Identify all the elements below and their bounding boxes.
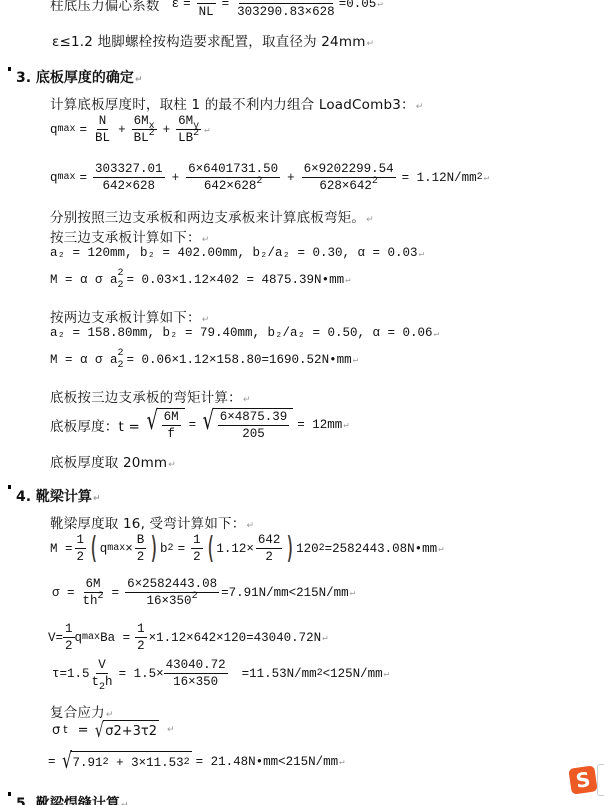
governing-note: 底板按三边支承板的弯矩计算：↵ [50,386,251,406]
fraction-half: 12 [75,533,87,565]
fraction-n-bl: N BL [93,114,112,146]
heading-bullet-icon [8,485,11,489]
paragraph-mark-icon: ↵ [345,275,350,285]
paragraph-mark-icon: ↵ [350,588,355,598]
three-edge-title: 按三边支承板计算如下：↵ [50,226,209,246]
paragraph-mark-icon: ↵ [353,355,358,365]
paragraph-mark-icon: ↵ [204,125,209,135]
section-3-heading: 3. 底板厚度的确定↵ [16,67,142,87]
three-edge-moment: M = α σ a 22 = 0.03×1.12×402 = 4875.39N•… [50,268,351,292]
fraction-half: 12 [135,622,147,654]
qmax-result: = 1.12N/mm [402,171,477,185]
paragraph-mark-icon: ↵ [416,102,424,112]
fraction-642-2: 6422 [256,533,283,565]
paragraph-mark-icon: ↵ [367,39,375,49]
sqrt-combined-numeric: √7.912 + 3×11.532 [60,751,192,773]
paragraph-mark-icon: ↵ [106,710,114,720]
section-5-heading: 5. 靴梁焊缝计算↵ [16,793,128,805]
eccentricity-result: =0.05 [339,0,377,11]
anchor-bolt-note: ε≤1.2 地脚螺栓按构造要求配置，取直径为 24mm↵ [52,30,374,50]
paragraph-mark-icon: ↵ [339,757,344,767]
paragraph-mark-icon: ↵ [167,725,175,735]
fraction-b-2: B2 [135,533,147,565]
fraction-half: 12 [191,533,203,565]
fraction-v-t2h: Vt2h [90,658,115,690]
eccentricity-line: 柱底压力偏心系数 ε = 6M NL = 6×9133111.29 303290… [50,0,383,20]
combined-stress-numeric: = √7.912 + 3×11.532 = 21.48N•mm<215N/mm … [48,751,345,773]
paragraph-mark-icon: ↵ [343,420,348,430]
fraction-qmax-term2: 6×6401731.50 642×6282 [186,162,280,194]
qmax-numeric-formula: qmax = 303327.01 642×628 + 6×6401731.50 … [50,162,489,194]
two-edge-params: a₂ = 158.80mm, b₂ = 79.40mm, b₂/a₂ = 0.5… [50,326,439,340]
fraction-6m-nl: 6M NL [197,0,216,20]
sqrt-thickness-numeric: √ 6×4875.39205 [200,408,293,442]
epsilon-symbol: ε [172,0,180,11]
section-3-intro: 计算底板厚度时，取柱 1 的最不利内力组合 LoadComb3：↵ [50,93,424,113]
adopted-thickness: 底板厚度取 20mm↵ [50,451,176,471]
paragraph-mark-icon: ↵ [419,249,424,259]
right-paren-icon: ) [151,534,157,564]
fraction-qmax-term3: 6×9202299.54 628×6422 [302,162,396,194]
method-note: 分别按照三边支承板和两边支承板来计算底板弯矩。↵ [50,206,374,226]
section-4-intro: 靴梁厚度取 16, 受弯计算如下：↵ [50,512,254,532]
paragraph-mark-icon: ↵ [384,669,389,679]
paragraph-mark-icon: ↵ [246,521,254,531]
fraction-6mx-bl2: 6Mx BL2 [132,114,157,146]
heading-bullet-icon [8,67,11,71]
combined-stress-title: 复合应力↵ [50,701,114,721]
paragraph-mark-icon: ↵ [484,173,489,183]
fraction-sigma-numeric: 6×2582443.0816×3502 [125,577,219,609]
heading-bullet-icon [8,792,11,796]
left-paren-icon: ( [208,534,214,564]
paragraph-mark-icon: ↵ [93,494,101,504]
three-edge-params: a₂ = 120mm, b₂ = 402.00mm, b₂/a₂ = 0.30,… [50,246,424,260]
thickness-formula: 底板厚度：t = √ 6Mf = √ 6×4875.39205 = 12mm ↵ [50,408,349,442]
paragraph-mark-icon: ↵ [168,460,176,470]
fraction-6m-th2: 6Mth2 [81,577,106,609]
shear-stress-formula: τ=1.5 Vt2h = 1.5× 43040.7216×350 =11.53N… [52,658,389,690]
paragraph-mark-icon: ↵ [135,75,143,85]
eccentricity-label: 柱底压力偏心系数 [50,0,160,14]
paragraph-mark-icon: ↵ [322,633,327,643]
fraction-half: 12 [63,622,75,654]
left-paren-icon: ( [91,534,97,564]
combined-stress-formula: σt = √σ2+3τ2 ↵ [52,720,175,740]
fraction-qmax-term1: 303327.01 642×628 [93,162,165,194]
paragraph-mark-icon: ↵ [243,395,251,405]
paragraph-mark-icon: ↵ [202,315,210,325]
paragraph-mark-icon: ↵ [366,215,374,225]
two-edge-moment: M = α σ a 22 = 0.06×1.12×158.80=1690.52N… [50,348,358,372]
boot-beam-moment: M = 12 ( qmax× B2 ) b2 = 12 ( 1.12× 6422… [50,533,444,565]
paragraph-mark-icon: ↵ [121,801,129,805]
ime-toolbar-edge[interactable] [597,764,604,796]
fraction-eccentricity-numeric: 6×9133111.29 303290.83×628 [235,0,337,20]
bending-stress-formula: σ = 6Mth2 = 6×2582443.0816×3502 =7.91N/m… [52,577,355,609]
fraction-6my-lb2: 6My LB2 [176,114,201,146]
two-edge-title: 按两边支承板计算如下：↵ [50,306,209,326]
qmax-symbolic-formula: qmax = N BL + 6Mx BL2 + 6My LB2 ↵ [50,114,210,146]
thickness-result: = 12mm [297,418,342,432]
right-paren-icon: ) [287,534,293,564]
fraction-tau-numeric: 43040.7216×350 [164,658,228,690]
sqrt-combined-symbolic: √σ2+3τ2 [93,720,159,740]
sogou-ime-icon[interactable]: S [568,765,597,794]
sqrt-6m-f: √ 6Mf [144,408,185,442]
section-4-heading: 4. 靴梁计算↵ [16,486,100,506]
paragraph-mark-icon: ↵ [434,329,439,339]
shear-force-formula: V= 12 qmaxBa = 12 ×1.12×642×120=43040.72… [48,622,328,654]
paragraph-mark-icon: ↵ [438,544,443,554]
paragraph-mark-icon: ↵ [377,0,382,9]
paragraph-mark-icon: ↵ [202,235,210,245]
